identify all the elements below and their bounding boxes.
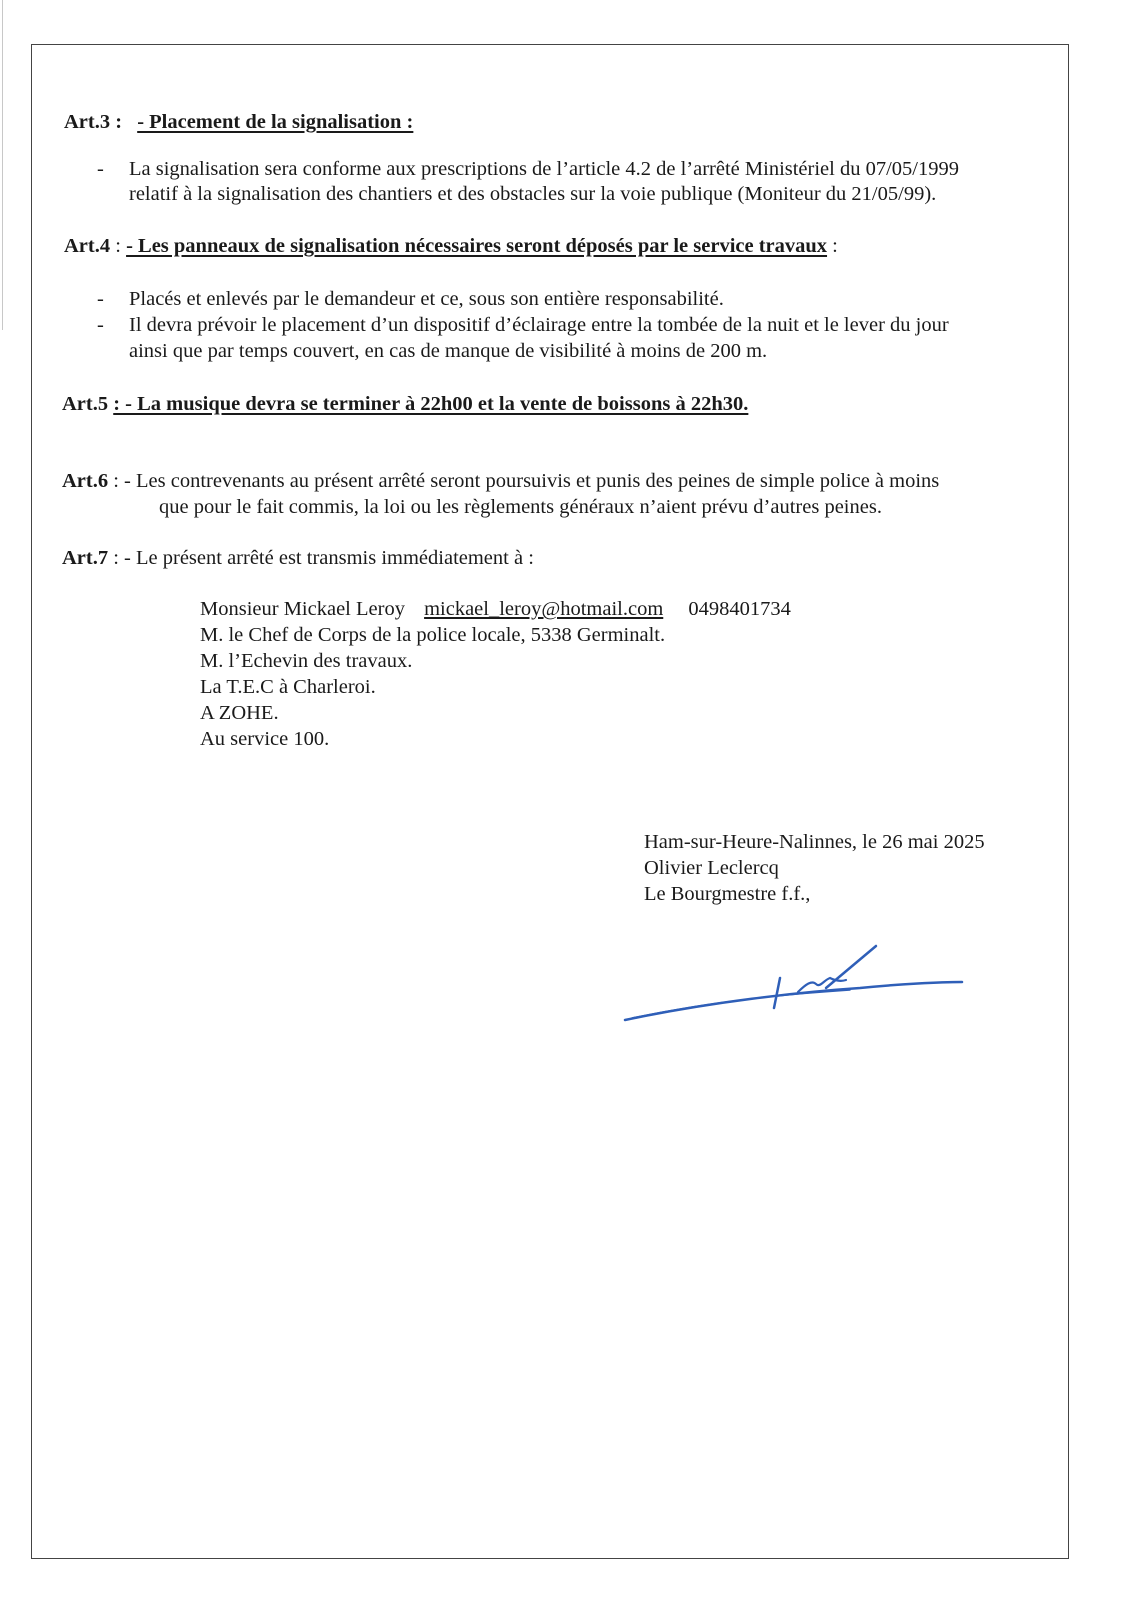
signature-icon	[620, 940, 980, 1030]
place-date: Ham-sur-Heure-Nalinnes, le 26 mai 2025	[644, 829, 985, 855]
art7-text: : - Le présent arrêté est transmis imméd…	[108, 547, 534, 569]
art5-label: Art.5	[62, 393, 113, 415]
recipient-email-link[interactable]: mickael_leroy@hotmail.com	[424, 598, 663, 620]
signoff-block: Ham-sur-Heure-Nalinnes, le 26 mai 2025 O…	[644, 829, 985, 907]
recipient-phone: 0498401734	[688, 598, 791, 620]
signatory-role: Le Bourgmestre f.f.,	[644, 881, 985, 907]
bullet-dash: -	[97, 156, 104, 182]
recipient-item: M. le Chef de Corps de la police locale,…	[200, 622, 791, 648]
bullet-line: relatif à la signalisation des chantiers…	[129, 181, 936, 207]
art3-label: Art.3 :	[64, 111, 122, 133]
art4-sep: :	[110, 235, 126, 257]
art6-text: : - Les contrevenants au présent arrêté …	[108, 470, 939, 492]
recipient-item: Au service 100.	[200, 726, 791, 752]
bullet-line: ainsi que par temps couvert, en cas de m…	[129, 338, 767, 364]
art5-heading: Art.5 : - La musique devra se terminer à…	[62, 391, 748, 417]
bullet-line: Placés et enlevés par le demandeur et ce…	[129, 286, 724, 312]
art4-title: - Les panneaux de signalisation nécessai…	[126, 235, 827, 257]
recipient-name: Monsieur Mickael Leroy	[200, 598, 405, 620]
recipient-item: La T.E.C à Charleroi.	[200, 674, 791, 700]
art6-label: Art.6	[62, 470, 108, 492]
art7-line: Art.7 : - Le présent arrêté est transmis…	[62, 545, 534, 571]
bullet-dash: -	[97, 312, 104, 338]
bullet-dash: -	[97, 286, 104, 312]
recipient-item: A ZOHE.	[200, 700, 791, 726]
recipient-item: M. l’Echevin des travaux.	[200, 648, 791, 674]
page-frame	[31, 44, 1069, 1559]
art4-heading: Art.4 : - Les panneaux de signalisation …	[64, 233, 838, 259]
art5-title: : - La musique devra se terminer à 22h00…	[113, 393, 748, 415]
bullet-line: Il devra prévoir le placement d’un dispo…	[129, 312, 949, 338]
art3-title: - Placement de la signalisation :	[137, 111, 413, 133]
scan-edge-mark	[2, 0, 3, 330]
art7-label: Art.7	[62, 547, 108, 569]
signatory-name: Olivier Leclercq	[644, 855, 985, 881]
recipient-list: Monsieur Mickael Leroy mickael_leroy@hot…	[200, 596, 791, 752]
recipient-applicant: Monsieur Mickael Leroy mickael_leroy@hot…	[200, 596, 791, 622]
art6-line-2: que pour le fait commis, la loi ou les r…	[159, 494, 882, 520]
art4-suffix: :	[827, 235, 838, 257]
bullet-line: La signalisation sera conforme aux presc…	[129, 156, 959, 182]
art3-heading: Art.3 : - Placement de la signalisation …	[64, 109, 413, 135]
art4-label: Art.4	[64, 235, 110, 257]
art6-line-1: Art.6 : - Les contrevenants au présent a…	[62, 468, 939, 494]
